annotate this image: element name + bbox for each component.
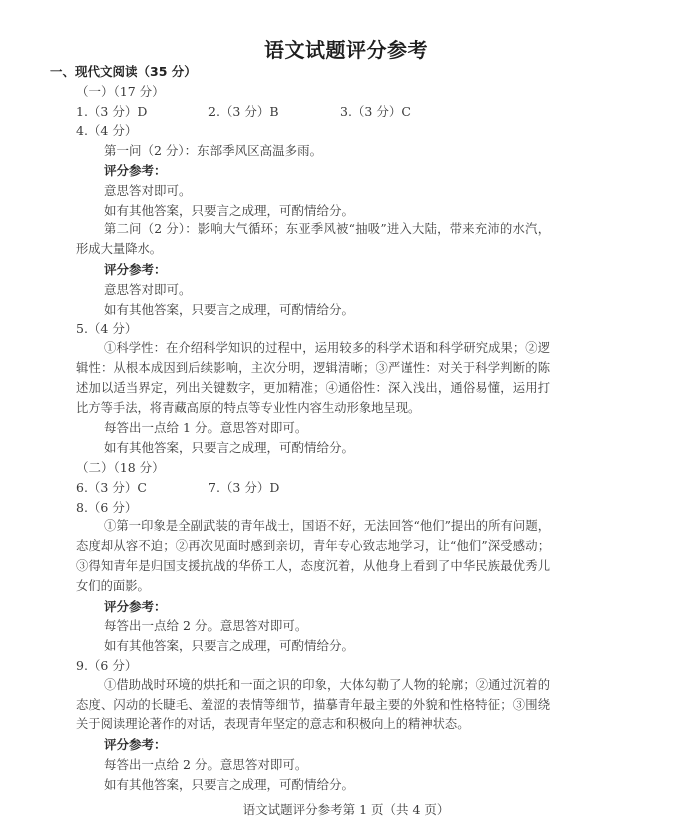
q4-ask2-scoring-label: 评分参考： — [50, 260, 550, 280]
q5-note-2: 如有其他答案，只要言之成理，可酌情给分。 — [50, 438, 550, 458]
q4-ask1: 第一问（2 分）：东部季风区高温多雨。 — [50, 141, 550, 161]
answer-q1: 1.（3 分）D — [76, 102, 208, 122]
part-2-heading: （二）（18 分） — [50, 458, 550, 478]
q8-answer: ①第一印象是全副武装的青年战士，国语不好，无法回答“他们”提出的所有问题，态度却… — [50, 517, 550, 596]
mc-answers-row-1: 1.（3 分）D 2.（3 分）B 3.（3 分）C — [50, 102, 550, 122]
q8-scoring-label: 评分参考： — [50, 597, 550, 617]
section-heading-modern-reading: 一、现代文阅读（35 分） — [50, 62, 550, 82]
q5-answer: ①科学性：在介绍科学知识的过程中，运用较多的科学术语和科学研究成果；②逻辑性：从… — [50, 339, 550, 418]
document-page: 语文试题评分参考 一、现代文阅读（35 分） （一）（17 分） 1.（3 分）… — [0, 0, 692, 835]
answer-q3: 3.（3 分）C — [340, 102, 411, 122]
q4-ask2-note-1: 意思答对即可。 — [50, 280, 550, 300]
mc-answers-row-2: 6.（3 分）C 7.（3 分）D — [50, 478, 550, 498]
q4-ask1-scoring-label: 评分参考： — [50, 161, 550, 181]
document-body: 一、现代文阅读（35 分） （一）（17 分） 1.（3 分）D 2.（3 分）… — [50, 62, 550, 794]
part-1-heading: （一）（17 分） — [50, 82, 550, 102]
answer-q2: 2.（3 分）B — [208, 102, 340, 122]
q4-ask1-note-1: 意思答对即可。 — [50, 181, 550, 201]
page-title: 语文试题评分参考 — [0, 34, 692, 63]
q9-note-1: 每答出一点给 2 分。意思答对即可。 — [50, 755, 550, 775]
page-footer: 语文试题评分参考第 1 页（共 4 页） — [0, 800, 692, 818]
q4-ask2-note-2: 如有其他答案，只要言之成理，可酌情给分。 — [50, 300, 550, 320]
q5-heading: 5.（4 分） — [50, 319, 550, 339]
answer-q7: 7.（3 分）D — [208, 478, 340, 498]
q4-heading: 4.（4 分） — [50, 121, 550, 141]
q9-scoring-label: 评分参考： — [50, 735, 550, 755]
answer-q6: 6.（3 分）C — [76, 478, 208, 498]
q4-ask1-note-2: 如有其他答案，只要言之成理，可酌情给分。 — [50, 201, 550, 221]
q8-note-2: 如有其他答案，只要言之成理，可酌情给分。 — [50, 636, 550, 656]
q5-note-1: 每答出一点给 1 分。意思答对即可。 — [50, 418, 550, 438]
q8-heading: 8.（6 分） — [50, 498, 550, 518]
q9-note-2: 如有其他答案，只要言之成理，可酌情给分。 — [50, 775, 550, 795]
q9-answer: ①借助战时环境的烘托和一面之识的印象，大体勾勒了人物的轮廓；②通过沉着的态度、闪… — [50, 676, 550, 735]
q9-heading: 9.（6 分） — [50, 656, 550, 676]
q4-ask2: 第二问（2 分）：影响大气循环；东亚季风被“抽吸”进入大陆，带来充沛的水汽，形成… — [50, 220, 550, 260]
q8-note-1: 每答出一点给 2 分。意思答对即可。 — [50, 616, 550, 636]
